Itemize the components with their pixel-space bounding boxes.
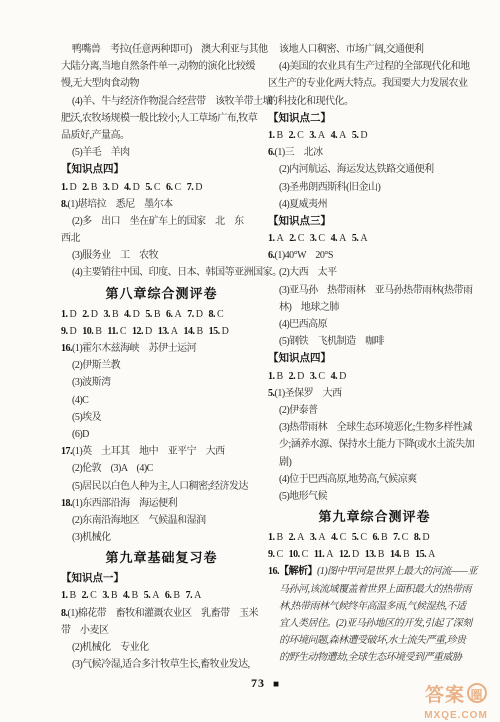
answer-line: 肥沃,农牧场规模一般比较小;人工草场广布,牧草 — [61, 110, 262, 127]
answer-line: 6.(1)40°W 20°S — [268, 247, 481, 264]
answer-line: (2)机械化 专业化 — [61, 639, 262, 656]
answer-line: 慢,无大型肉食动物 — [61, 75, 262, 92]
answer-line: 9.C10.C11.A12.D13.B14.B15.A — [268, 546, 481, 563]
answer-line: (3)热带雨林 全球生态环境恶化;生物多样性减 — [268, 419, 481, 436]
answer-line: 17.(1)英 土耳其 地中 亚平宁 大西 — [61, 443, 262, 460]
analysis-line: 马孙河,该流域覆盖着世界上面积最大的热带雨 — [268, 581, 481, 598]
answer-line: 品质好,产量高。 — [61, 127, 262, 144]
answer-line: 大陆分离,当地自然条件单一,动物的演化比较缓 — [61, 58, 262, 75]
answer-line: (2)内河航运、海运发达,铁路交通便利 — [268, 161, 481, 178]
answer-line: (3)气候冷湿,适合多汁牧草生长,畜牧业发达, — [61, 656, 262, 673]
watermark-site-url: MXQE.COM — [414, 709, 498, 722]
answer-line: (3)机械化 — [61, 529, 262, 546]
answer-line: 5.(1)圣保罗 大西 — [268, 385, 481, 402]
analysis-line: 的野生动物遭劫,全球生态环境受到严重威胁 — [268, 649, 481, 666]
answer-line: 6.(1)三 北冰 — [268, 144, 481, 161]
answer-line: 8.(1)棉花带 畜牧和灌溉农业区 乳畜带 玉米 — [61, 605, 262, 622]
answer-line: 剧) — [268, 454, 481, 471]
answer-line: (6)D — [61, 426, 262, 443]
answer-line: (5)埃及 — [61, 409, 262, 426]
answer-line: 1.B2.C3.B4.B5.A6.B7.A — [61, 587, 262, 604]
answer-line: 西北 — [61, 230, 262, 247]
answer-line: 8.(1)堪培拉 悉尼 墨尔本 — [61, 196, 262, 213]
analysis-line: 林,热带雨林气候终年高温多雨,气候湿热,不适 — [268, 598, 481, 615]
answer-line: (4)巴西高原 — [268, 316, 481, 333]
answer-line: (2)伦敦 (3)A (4)C — [61, 460, 262, 477]
answer-line: (4)位于巴西高原,地势高,气候凉爽 — [268, 471, 481, 488]
answer-line: (2)东南沿海地区 气候温和湿润 — [61, 512, 262, 529]
answer-line: 该地人口稠密、市场广阔,交通便利 — [268, 41, 481, 58]
answer-line: 1.B2.A3.A4.C5.C6.B7.C8.D — [268, 529, 481, 546]
answer-line: 1.B2.C3.A4.A5.D — [268, 127, 481, 144]
answer-line: (3)波斯湾 — [61, 374, 262, 391]
end-square-icon: ■ — [273, 679, 279, 690]
answer-line: 9.D10.B11.C12.D13.A14.B15.D — [61, 323, 262, 340]
answer-line: (2)伊斯兰教 — [61, 357, 262, 374]
answer-line: (5)羊毛 羊肉 — [61, 144, 262, 161]
answer-line: (5)地形气候 — [268, 488, 481, 505]
answer-line: 1.D2.D3.B4.D5.B6.A7.D8.C — [61, 306, 262, 323]
answer-line: 1.D2.B3.D4.D5.C6.C7.D — [61, 179, 262, 196]
section-title: 第九章综合测评卷 — [268, 505, 481, 529]
knowledge-point-header: 【知识点一】 — [61, 570, 262, 587]
answer-line: (4)主要销往中国、印度、日本、韩国等亚洲国家。 — [61, 264, 262, 281]
answer-line: (2)大西 太平 — [268, 264, 481, 281]
page-number: 73 — [251, 676, 265, 690]
answer-line: (5)居民以白色人种为主,人口稠密;经济发达 — [61, 478, 262, 495]
answer-line: (3)圣弗朗西斯科(旧金山) — [268, 179, 481, 196]
analysis-line: 的环境问题,森林遭受破坏,水土流失严重,珍贵 — [268, 632, 481, 649]
answer-line: 带 小麦区 — [61, 622, 262, 639]
answer-line: (5)钢铁 飞机制造 咖啡 — [268, 333, 481, 350]
answer-line: 少;涵养水源、保持水土能力下降(或水土流失加 — [268, 436, 481, 453]
analysis-line: 宜人类居住。(2)亚马孙地区的开发,引起了深刻 — [268, 615, 481, 632]
analysis-line: 16.【解析】(1)图中甲河是世界上最大的河流——亚 — [268, 563, 481, 580]
knowledge-point-header: 【知识点二】 — [268, 110, 481, 127]
answer-line: 区生产的专业化两大特点。我国要大力发展农业 — [268, 75, 481, 92]
knowledge-point-header: 【知识点三】 — [268, 213, 481, 230]
answer-line: (4)C — [61, 392, 262, 409]
answer-line: (3)服务业 工 农牧 — [61, 247, 262, 264]
watermark-circle-badge: 圈 — [467, 683, 487, 703]
knowledge-point-header: 【知识点四】 — [61, 161, 262, 178]
answer-line: (4)羊、牛与经济作物混合经营带 该牧羊带土壤 — [61, 93, 262, 110]
answer-line: 林) 地球之肺 — [268, 299, 481, 316]
answer-line: 1.A2.C3.C4.A5.A — [268, 230, 481, 247]
answer-line: (2)伊泰普 — [268, 402, 481, 419]
answer-line: 1.B2.D3.C4.D — [268, 368, 481, 385]
answer-line: (4)美国的农业具有生产过程的全部现代化和地 — [268, 58, 481, 75]
watermark-brand: 答案圈 — [414, 683, 498, 709]
knowledge-point-header: 【知识点四】 — [268, 350, 481, 367]
answers-column-right: 该地人口稠密、市场广阔,交通便利(4)美国的农业具有生产过程的全部现代化和地区生… — [268, 41, 481, 667]
section-title: 第八章综合测评卷 — [61, 282, 262, 306]
answer-book-page: 鸭嘴兽 考拉(任意两种即可) 澳大利亚与其他大陆分离,当地自然条件单一,动物的演… — [0, 0, 500, 722]
section-title: 第九章基础复习卷 — [61, 546, 262, 570]
watermark-brand-text: 答案 — [425, 685, 465, 706]
answer-line: 18.(1)东西部沿海 海运便利 — [61, 495, 262, 512]
answer-site-watermark: 答案圈 MXQE.COM — [414, 683, 498, 722]
answer-line: (3)亚马孙 热带雨林 亚马孙热带雨林(热带雨 — [268, 282, 481, 299]
answer-line: (2)多 出口 坐在矿车上的国家 北 东 — [61, 213, 262, 230]
answers-column-left: 鸭嘴兽 考拉(任意两种即可) 澳大利亚与其他大陆分离,当地自然条件单一,动物的演… — [61, 41, 262, 673]
answer-line: 16.(1)霍尔木兹海峡 苏伊士运河 — [61, 340, 262, 357]
answer-line: 鸭嘴兽 考拉(任意两种即可) 澳大利亚与其他 — [61, 41, 262, 58]
answer-line: 的科技化和现代化。 — [268, 93, 481, 110]
answer-line: (4)夏威夷州 — [268, 196, 481, 213]
